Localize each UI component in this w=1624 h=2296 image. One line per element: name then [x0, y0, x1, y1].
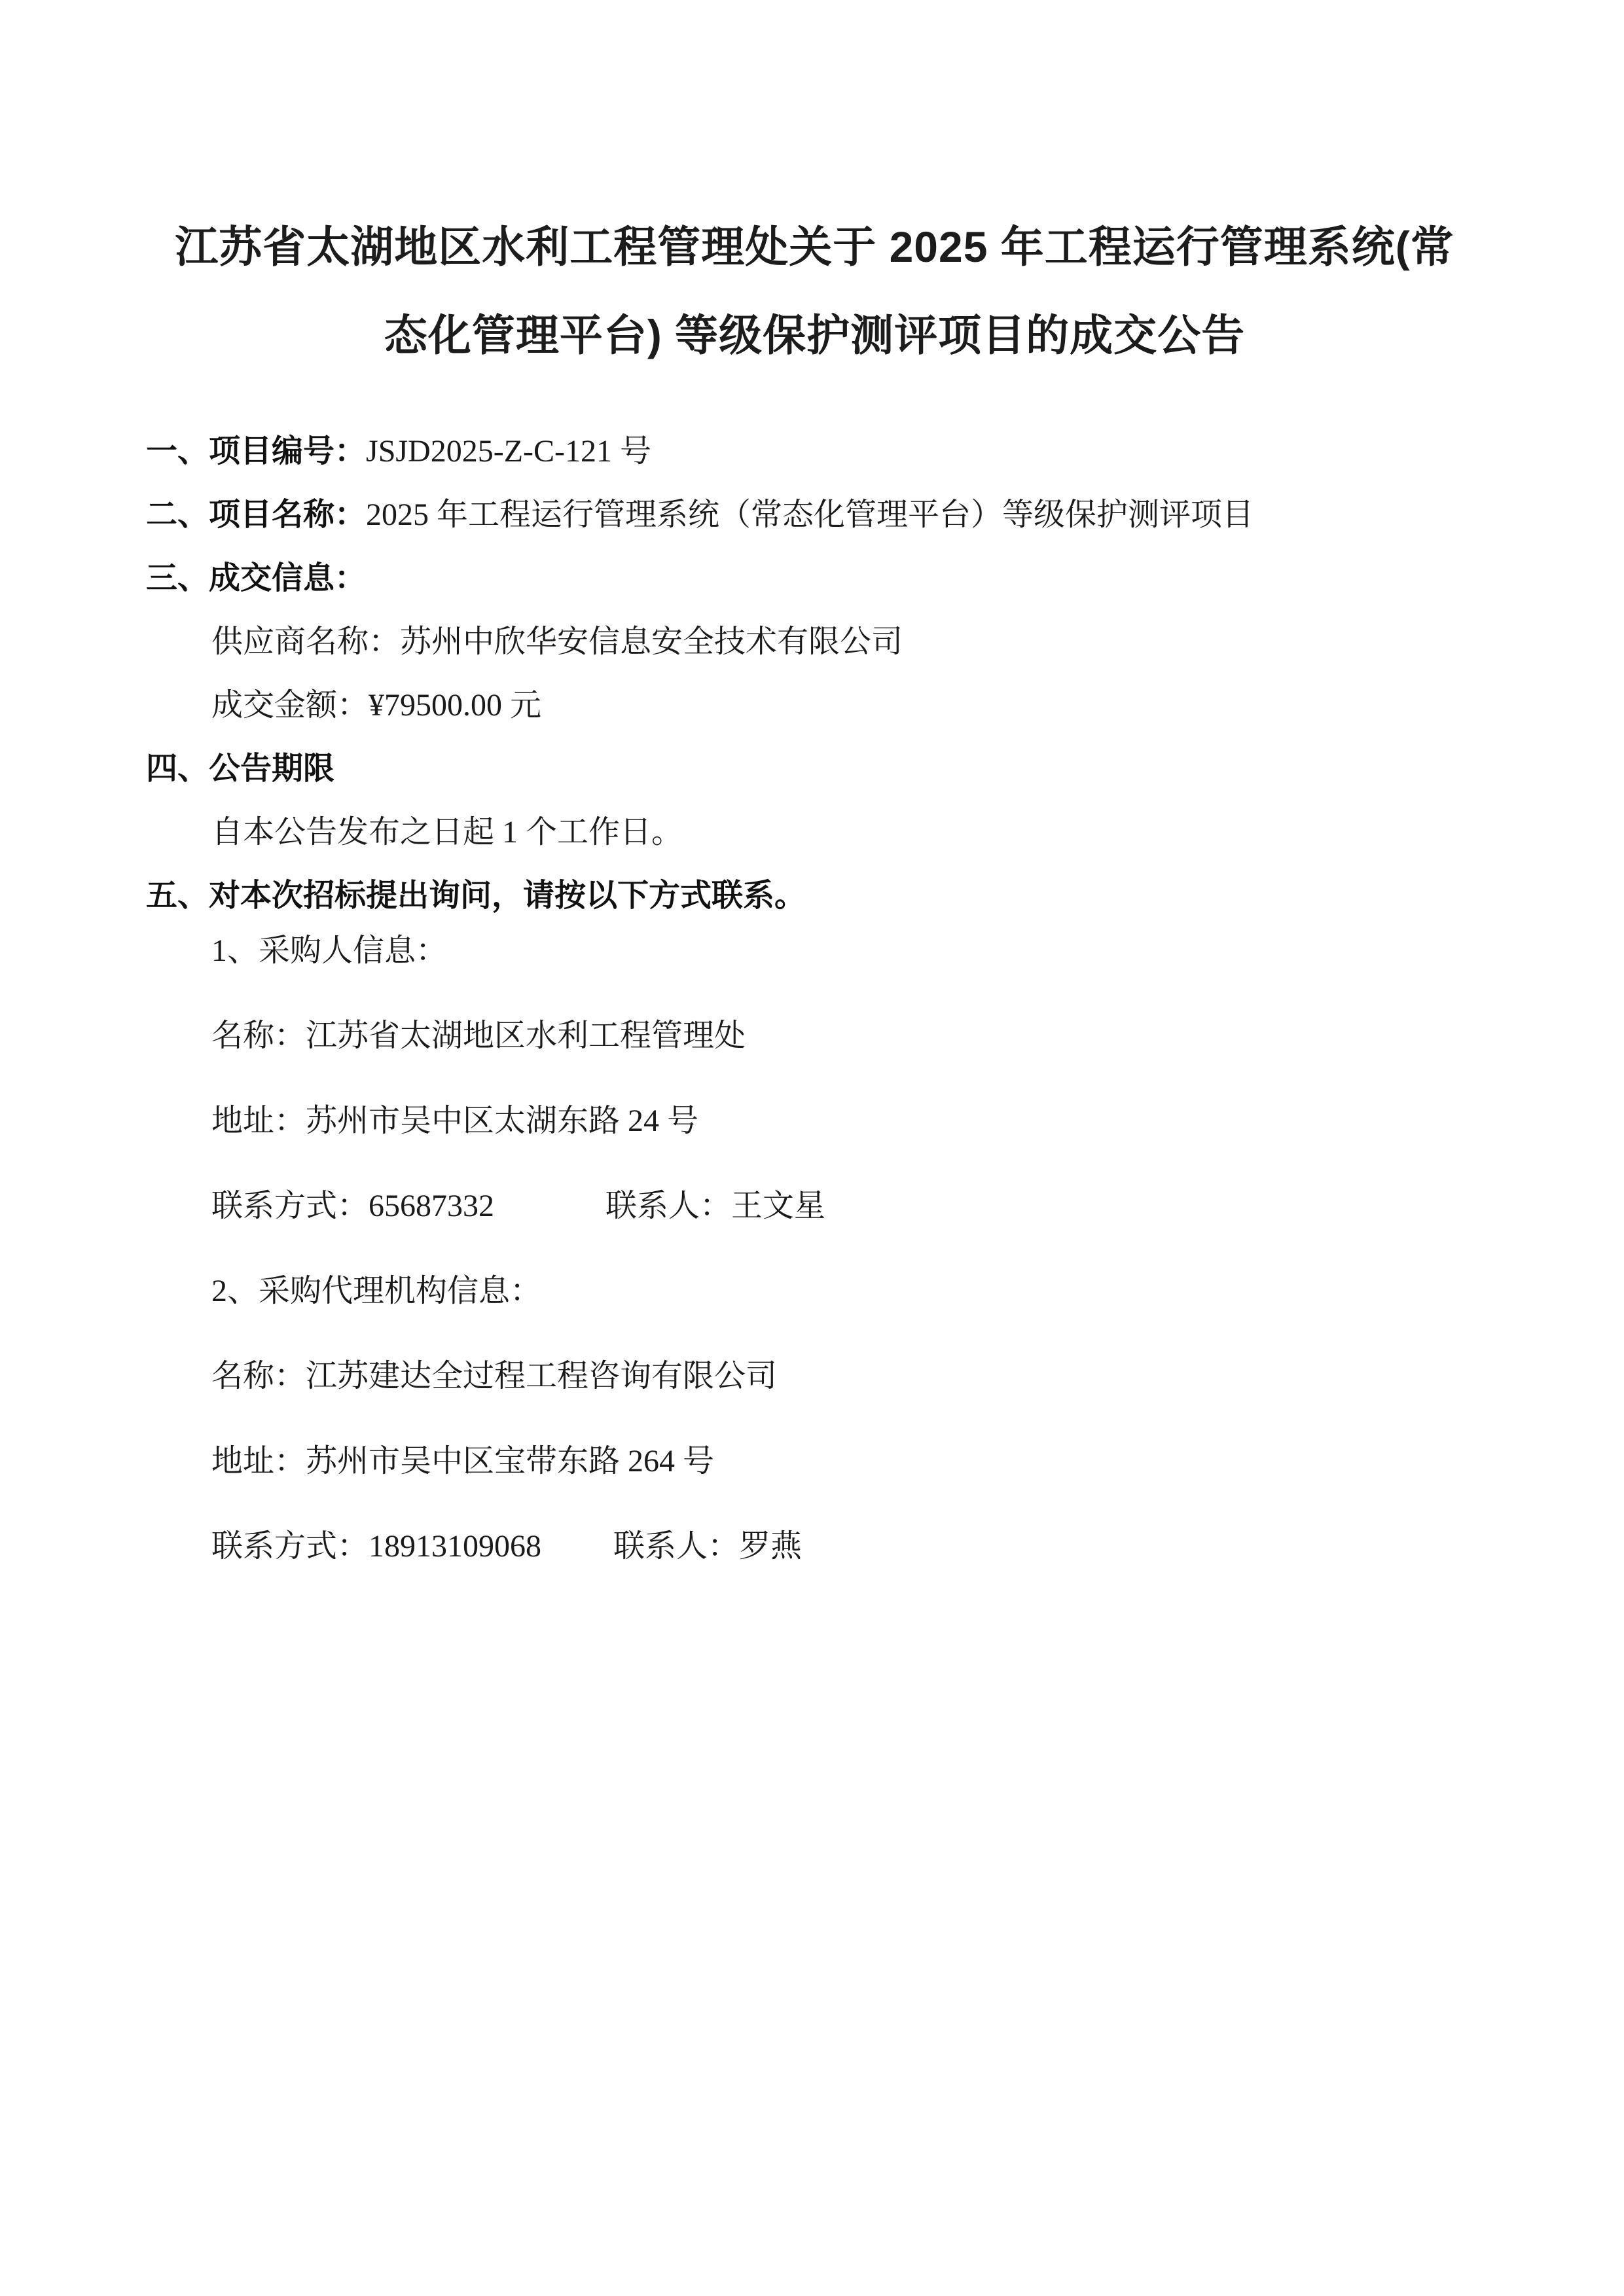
- project-name-value: 2025 年工程运行管理系统（常态化管理平台）等级保护测评项目: [366, 497, 1254, 532]
- project-name-line: 二、项目名称：2025 年工程运行管理系统（常态化管理平台）等级保护测评项目: [146, 497, 1483, 533]
- notice-period-label: 四、公告期限: [146, 751, 334, 786]
- purchaser-heading: 1、采购人信息：: [211, 933, 447, 968]
- agency-heading: 2、采购代理机构信息：: [211, 1274, 541, 1308]
- supplier-label: 供应商名称：: [211, 624, 400, 659]
- supplier-line: 供应商名称：苏州中欣华安信息安全技术有限公司: [146, 624, 1483, 660]
- notice-period-text: 自本公告发布之日起 1 个工作日。: [211, 815, 683, 850]
- agency-name-line: 名称：江苏建达全过程工程咨询有限公司: [146, 1358, 1483, 1395]
- document-title-line-1: 江苏省太湖地区水利工程管理处关于 2025 年工程运行管理系统(常: [146, 203, 1483, 291]
- agency-name: 名称：江苏建达全过程工程咨询有限公司: [211, 1359, 777, 1393]
- purchaser-heading-line: 1、采购人信息：: [146, 933, 1483, 969]
- notice-period-heading: 四、公告期限: [146, 751, 1483, 787]
- project-name-label: 二、项目名称：: [146, 497, 366, 532]
- document-body: 一、项目编号：JSJD2025-Z-C-121 号 二、项目名称：2025 年工…: [146, 433, 1483, 1565]
- amount-value: ¥79500.00 元: [369, 688, 541, 723]
- deal-info-label: 三、成交信息：: [146, 561, 366, 596]
- purchaser-name: 名称：江苏省太湖地区水利工程管理处: [211, 1018, 746, 1053]
- agency-person: 联系人：罗燕: [613, 1529, 802, 1564]
- purchaser-address-line: 地址：苏州市吴中区太湖东路 24 号: [146, 1103, 1483, 1139]
- purchaser-address: 地址：苏州市吴中区太湖东路 24 号: [211, 1103, 698, 1138]
- inquiry-label: 五、对本次招标提出询问，请按以下方式联系。: [146, 878, 806, 913]
- agency-phone: 联系方式：18913109068: [211, 1529, 541, 1564]
- document-title-line-2: 态化管理平台) 等级保护测评项目的成交公告: [146, 291, 1483, 380]
- agency-contact-line: 联系方式：18913109068联系人：罗燕: [146, 1528, 1483, 1565]
- purchaser-contact-line: 联系方式：65687332联系人：王文星: [146, 1188, 1483, 1225]
- amount-line: 成交金额：¥79500.00 元: [146, 687, 1483, 724]
- project-number-label: 一、项目编号：: [146, 434, 366, 469]
- agency-heading-line: 2、采购代理机构信息：: [146, 1273, 1483, 1310]
- notice-period-text-line: 自本公告发布之日起 1 个工作日。: [146, 814, 1483, 851]
- document-page: 江苏省太湖地区水利工程管理处关于 2025 年工程运行管理系统(常 态化管理平台…: [0, 0, 1624, 2296]
- document-title: 江苏省太湖地区水利工程管理处关于 2025 年工程运行管理系统(常 态化管理平台…: [146, 203, 1483, 380]
- project-number-line: 一、项目编号：JSJD2025-Z-C-121 号: [146, 433, 1483, 470]
- deal-info-heading: 三、成交信息：: [146, 560, 1483, 597]
- inquiry-heading: 五、对本次招标提出询问，请按以下方式联系。: [146, 878, 1483, 914]
- agency-address-line: 地址：苏州市吴中区宝带东路 264 号: [146, 1443, 1483, 1480]
- agency-address: 地址：苏州市吴中区宝带东路 264 号: [211, 1444, 714, 1479]
- purchaser-phone: 联系方式：65687332: [211, 1189, 494, 1223]
- amount-label: 成交金额：: [211, 688, 369, 723]
- purchaser-name-line: 名称：江苏省太湖地区水利工程管理处: [146, 1018, 1483, 1054]
- purchaser-person: 联系人：王文星: [605, 1189, 825, 1223]
- project-number-value: JSJD2025-Z-C-121 号: [366, 434, 651, 469]
- supplier-value: 苏州中欣华安信息安全技术有限公司: [400, 624, 903, 659]
